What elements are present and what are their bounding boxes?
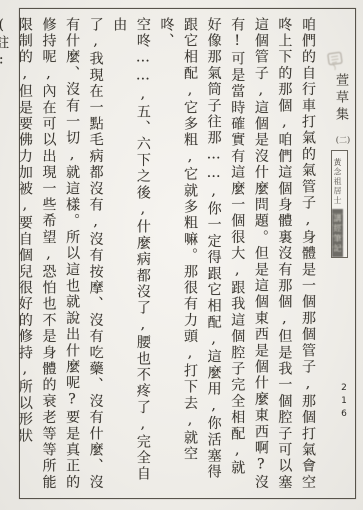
- text-column: 修持呢,內在可以出現一些希望,恐怕也不是身體的衰老等等所能: [36, 17, 60, 494]
- book-title: 萱草集: [331, 73, 350, 124]
- scanned-book-page: 萱草集 (二) 黃念祖居士 講經筆記 216 咱們的自行車打氣的氣管子,身體是一…: [0, 0, 363, 510]
- seal-stamp-icon: [327, 51, 344, 73]
- text-column: 這個管子,這個是沒什麼問題。但是這個東西是個什麼東西啊?沒: [248, 17, 272, 494]
- text-column: 限制的,但是要佛力加被,要自個兒很好的修持,所以形狀(註:: [0, 17, 36, 494]
- text-column: 空咚……,五、六下之後,什麼病都沒了,腰也不疼了,完全自由: [107, 17, 154, 494]
- text-column: 跟它相配,它多粗,它就多粗嘛。那很有力頭,打下去,就空咚、: [154, 17, 201, 494]
- gutter-label-box: 黃念祖居士 講經筆記: [331, 150, 348, 258]
- gutter-label-author: 黃念祖居士: [332, 151, 343, 209]
- text-column: 咚上下的那個,咱們這個身體裏沒有那個,但是我一個腔子可以塞: [272, 17, 296, 494]
- text-column: 有!可是當時確實有這麼一個很大,跟我這個腔子完全相配,就: [225, 17, 249, 494]
- text-column: 咱們的自行車打氣的氣管子,身體是一個那個管子,那個打氣會空: [295, 17, 319, 494]
- page-number: 216: [339, 383, 349, 422]
- text-column: 好像那氣筒子往那……,你一定得跟它相配,這麼用,你活塞得: [201, 17, 225, 494]
- text-column: 了,我現在一點毛病都沒有,沒有按摩、沒有吃藥、沒有什麼、沒: [83, 17, 107, 494]
- book-volume: (二): [336, 134, 350, 146]
- gutter-label-series: 講經筆記: [332, 209, 343, 257]
- main-text-block: 咱們的自行車打氣的氣管子,身體是一個那個管子,那個打氣會空 咚上下的那個,咱們這…: [36, 17, 319, 494]
- text-column: 有什麼、沒有一切,就這樣。所以這也就說出什麼呢?要是真正的: [59, 17, 83, 494]
